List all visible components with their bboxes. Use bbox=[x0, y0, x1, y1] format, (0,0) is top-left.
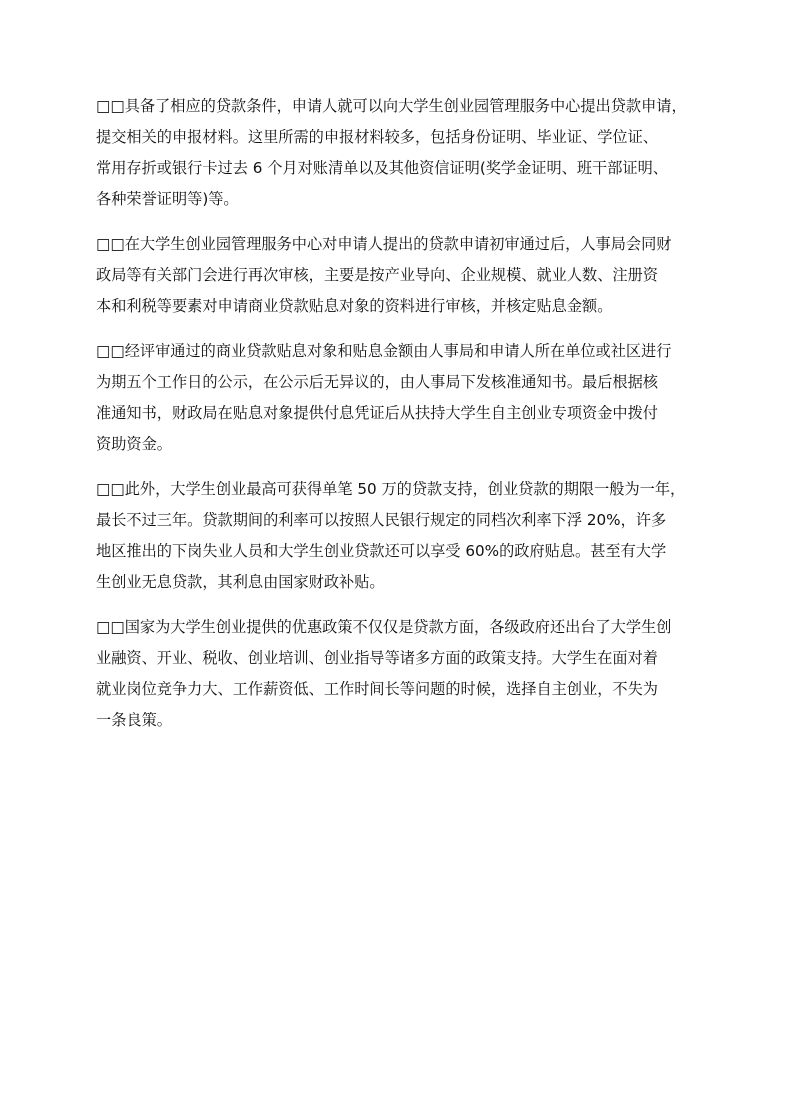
paragraph-public-notice: □□经评审通过的商业贷款贴息对象和贴息金额由人事局和申请人所在单位或社区进行 为… bbox=[96, 336, 706, 460]
text-line: □□具备了相应的贷款条件，申请人就可以向大学生创业园管理服务中心提出贷款申请， bbox=[96, 91, 706, 122]
text-line: 资助资金。 bbox=[96, 429, 706, 460]
paragraph-loan-terms: □□此外，大学生创业最高可获得单笔 50 万的贷款支持，创业贷款的期限一般为一年… bbox=[96, 474, 706, 598]
text-line: 为期五个工作日的公示，在公示后无异议的，由人事局下发核准通知书。最后根据核 bbox=[96, 367, 706, 398]
text-line: 本和利税等要素对申请商业贷款贴息对象的资料进行审核，并核定贴息金额。 bbox=[96, 291, 706, 322]
text-line: □□在大学生创业园管理服务中心对申请人提出的贷款申请初审通过后，人事局会同财 bbox=[96, 229, 706, 260]
text-line: 业融资、开业、税收、创业培训、创业指导等诸多方面的政策支持。大学生在面对着 bbox=[96, 643, 706, 674]
text-line: 就业岗位竞争力大、工作薪资低、工作时间长等问题的时候，选择自主创业，不失为 bbox=[96, 674, 706, 705]
paragraph-loan-application: □□具备了相应的贷款条件，申请人就可以向大学生创业园管理服务中心提出贷款申请， … bbox=[96, 91, 706, 215]
text-line: 各种荣誉证明等)等。 bbox=[96, 184, 706, 215]
text-line: □□国家为大学生创业提供的优惠政策不仅仅是贷款方面，各级政府还出台了大学生创 bbox=[96, 612, 706, 643]
text-line: □□此外，大学生创业最高可获得单笔 50 万的贷款支持，创业贷款的期限一般为一年… bbox=[96, 474, 706, 505]
document-page: □□具备了相应的贷款条件，申请人就可以向大学生创业园管理服务中心提出贷款申请， … bbox=[96, 91, 706, 750]
text-line: 一条良策。 bbox=[96, 705, 706, 736]
paragraph-review-process: □□在大学生创业园管理服务中心对申请人提出的贷款申请初审通过后，人事局会同财 政… bbox=[96, 229, 706, 322]
paragraph-policy-support: □□国家为大学生创业提供的优惠政策不仅仅是贷款方面，各级政府还出台了大学生创 业… bbox=[96, 612, 706, 736]
text-line: 生创业无息贷款，其利息由国家财政补贴。 bbox=[96, 567, 706, 598]
text-line: 准通知书，财政局在贴息对象提供付息凭证后从扶持大学生自主创业专项资金中拨付 bbox=[96, 398, 706, 429]
text-line: □□经评审通过的商业贷款贴息对象和贴息金额由人事局和申请人所在单位或社区进行 bbox=[96, 336, 706, 367]
text-line: 政局等有关部门会进行再次审核，主要是按产业导向、企业规模、就业人数、注册资 bbox=[96, 260, 706, 291]
text-line: 常用存折或银行卡过去 6 个月对账清单以及其他资信证明(奖学金证明、班干部证明、 bbox=[96, 153, 706, 184]
text-line: 地区推出的下岗失业人员和大学生创业贷款还可以享受 60%的政府贴息。甚至有大学 bbox=[96, 536, 706, 567]
text-line: 提交相关的申报材料。这里所需的申报材料较多，包括身份证明、毕业证、学位证、 bbox=[96, 122, 706, 153]
text-line: 最长不过三年。贷款期间的利率可以按照人民银行规定的同档次利率下浮 20%，许多 bbox=[96, 505, 706, 536]
